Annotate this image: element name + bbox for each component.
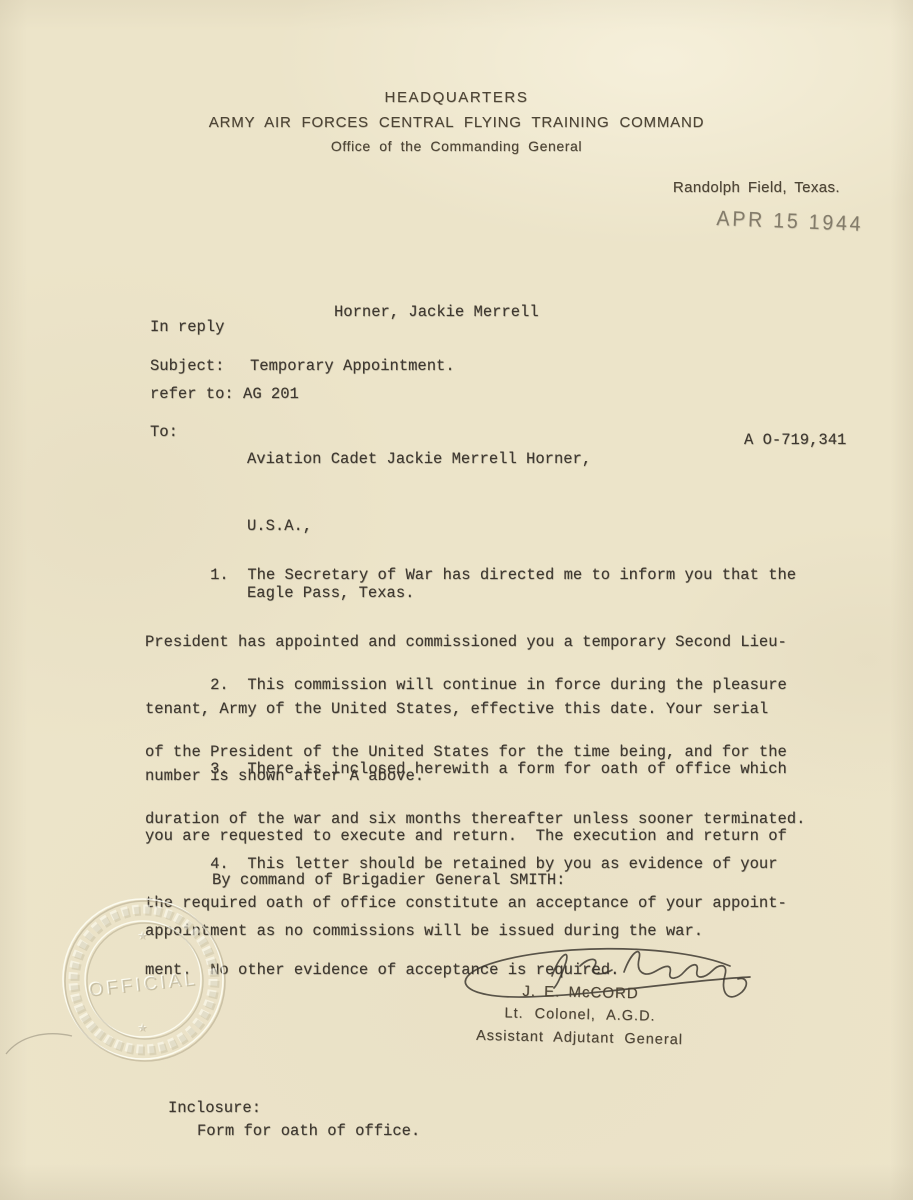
inclosure-label: Inclosure: <box>168 1097 261 1119</box>
body-line: 2. This commission will continue in forc… <box>145 674 805 696</box>
embossed-official-seal: ★ ★ ★ ★ OFFICIAL OFFICIAL <box>60 896 227 1063</box>
letterhead-command: ARMY AIR FORCES CENTRAL FLYING TRAINING … <box>0 110 913 135</box>
in-reply-line1: In reply <box>150 316 299 338</box>
letterhead-location: Randolph Field, Texas. <box>673 179 840 196</box>
seal-graphic: ★ ★ ★ ★ OFFICIAL OFFICIAL <box>60 896 227 1063</box>
subject-value: Temporary Appointment. <box>250 355 455 377</box>
letterhead-office: Office of the Commanding General <box>0 135 913 158</box>
letter-document: HEADQUARTERS ARMY AIR FORCES CENTRAL FLY… <box>0 0 913 1200</box>
to-address-line: Aviation Cadet Jackie Merrell Horner, <box>247 448 591 470</box>
signature-block: J. E. McCORD Lt. Colonel, A.G.D. Assista… <box>429 978 730 1053</box>
letterhead: HEADQUARTERS ARMY AIR FORCES CENTRAL FLY… <box>0 86 913 158</box>
by-command-line: By command of Brigadier General SMITH: <box>212 869 565 891</box>
seal-official-text: OFFICIAL <box>88 969 199 1001</box>
pencil-mark <box>2 1020 82 1070</box>
seal-star-top: ★ <box>138 931 148 943</box>
date-stamp: APR 15 1944 <box>716 207 864 237</box>
inclosure-item: Form for oath of office. <box>197 1120 420 1142</box>
subject-label: Subject: <box>150 355 224 377</box>
to-label: To: <box>150 421 178 443</box>
seal-star-bottom: ★ <box>138 1023 148 1035</box>
signer-title: Assistant Adjutant General <box>429 1024 729 1053</box>
reference-name: Horner, Jackie Merrell <box>334 301 539 323</box>
body-line: 3. There is inclosed herewith a form for… <box>145 758 787 780</box>
serial-number: A O-719,341 <box>744 429 846 451</box>
body-line: 1. The Secretary of War has directed me … <box>145 564 796 586</box>
letterhead-headquarters: HEADQUARTERS <box>0 86 913 110</box>
